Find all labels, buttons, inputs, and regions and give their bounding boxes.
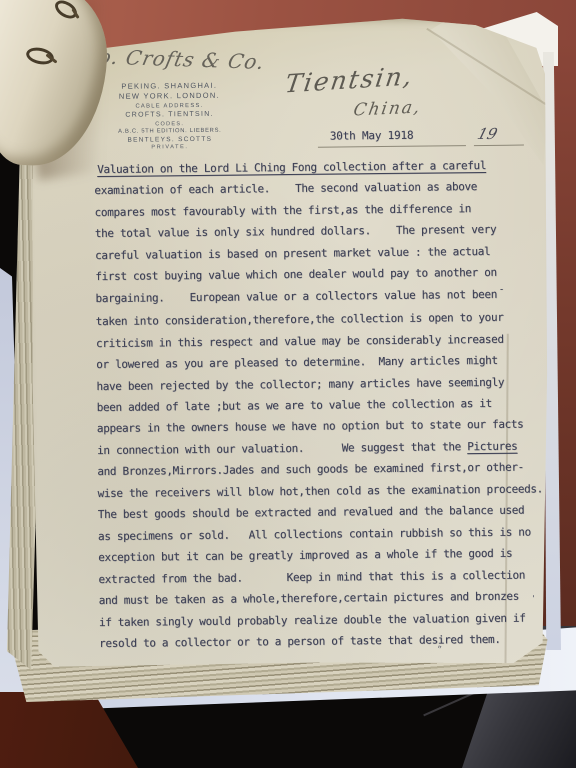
typed-date: 30th May 1918 xyxy=(330,129,414,143)
date-rule xyxy=(318,145,466,148)
date-row: 30th May 1918 19 xyxy=(318,125,544,153)
letterhead-place: Tientsin, xyxy=(283,61,416,98)
typed-correction-mark: - xyxy=(499,284,504,294)
pencil-tick: ' xyxy=(533,593,535,603)
typed-line: resold to a collector or to a person of … xyxy=(99,628,559,654)
pencil-tick: ″ xyxy=(436,644,441,655)
photo-scene: Geo. Crofts & Co. PEKING. SHANGHAI.NEW Y… xyxy=(0,0,576,768)
printed-year: 19 xyxy=(475,125,499,143)
typed-body: Valuation on the Lord Li Ching Fong coll… xyxy=(94,154,559,654)
date-rule xyxy=(474,145,524,147)
letterhead-country: China, xyxy=(352,97,423,120)
